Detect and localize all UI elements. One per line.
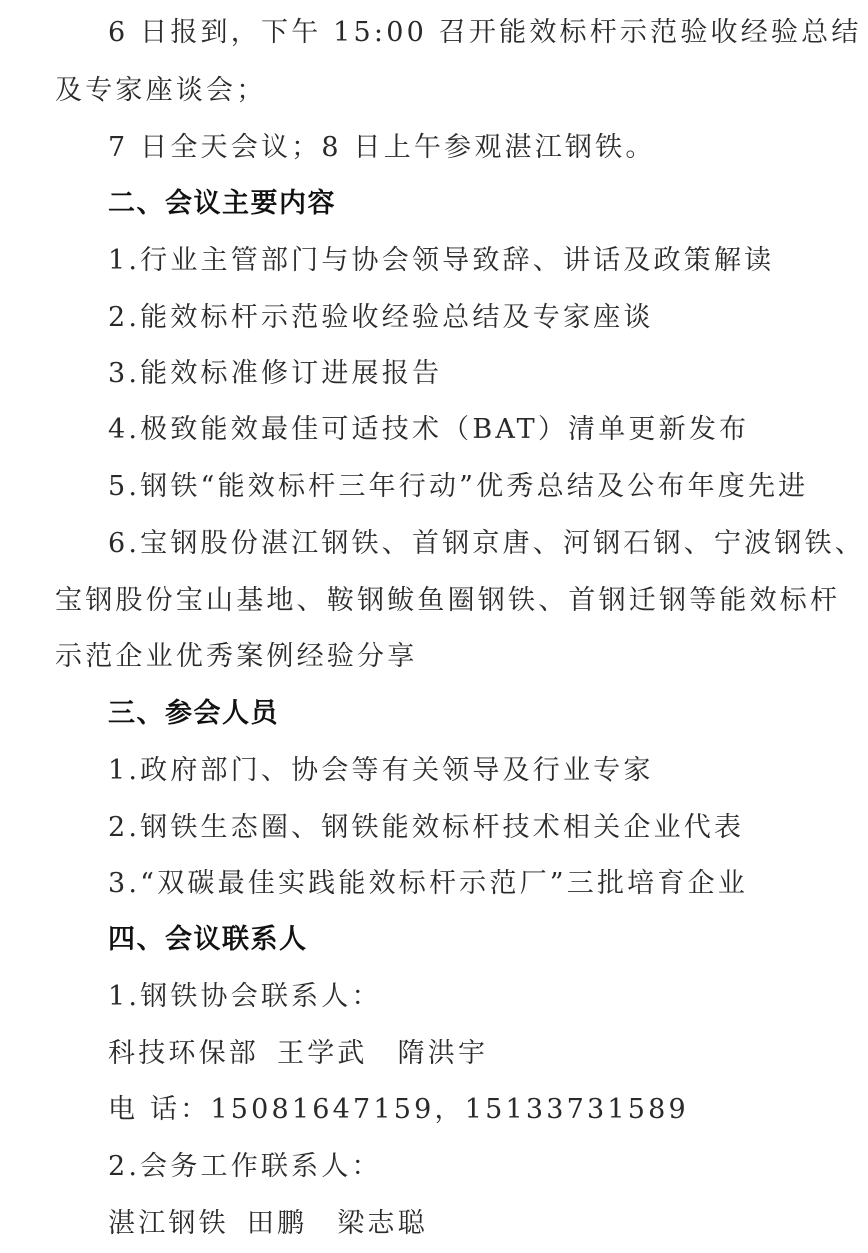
document-page: 6 日报到，下午 15:00 召开能效标杆示范验收经验总结 及专家座谈会； 7 … — [0, 0, 868, 1253]
phone-label: 电 话： — [108, 1094, 210, 1125]
contact-2-names: 湛江钢铁田鹏梁志聪 — [108, 1207, 868, 1241]
contact-1-person-2: 隋洪宇 — [398, 1038, 489, 1069]
attendees-item-1: 1.政府部门、协会等有关领导及行业专家 — [108, 754, 868, 788]
main-content-item-1: 1.行业主管部门与协会领导致辞、讲话及政策解读 — [108, 244, 868, 278]
schedule-line-day6-cont: 及专家座谈会； — [55, 74, 825, 108]
contact-2-person-1: 田鹏 — [247, 1208, 307, 1239]
main-content-item-2: 2.能效标杆示范验收经验总结及专家座谈 — [108, 301, 868, 335]
contact-2-person-2: 梁志聪 — [337, 1208, 428, 1239]
main-content-item-5: 5.钢铁“能效标杆三年行动”优秀总结及公布年度先进 — [108, 470, 868, 504]
main-content-item-6: 6.宝钢股份湛江钢铁、首钢京唐、河钢石钢、宁波钢铁、 — [108, 527, 868, 561]
contact-1-dept: 科技环保部 — [108, 1038, 259, 1069]
schedule-line-day6: 6 日报到，下午 15:00 召开能效标杆示范验收经验总结 — [108, 16, 868, 50]
contact-2-org: 湛江钢铁 — [108, 1208, 229, 1239]
section-heading-contacts: 四、会议联系人 — [108, 923, 868, 957]
main-content-item-6-cont-1: 宝钢股份宝山基地、鞍钢鲅鱼圈钢铁、首钢迁钢等能效标杆 — [55, 584, 825, 618]
attendees-item-2: 2.钢铁生态圈、钢铁能效标杆技术相关企业代表 — [108, 811, 868, 845]
main-content-item-6-cont-2: 示范企业优秀案例经验分享 — [55, 640, 825, 674]
contact-1-phone-line: 电 话：15081647159，15133731589 — [108, 1093, 868, 1127]
main-content-item-4: 4.极致能效最佳可适技术（BAT）清单更新发布 — [108, 413, 868, 447]
schedule-line-day7-8: 7 日全天会议；8 日上午参观湛江钢铁。 — [108, 131, 868, 165]
contact-1-label: 1.钢铁协会联系人： — [108, 980, 868, 1014]
contact-2-label: 2.会务工作联系人： — [108, 1150, 868, 1184]
main-content-item-3: 3.能效标准修订进展报告 — [108, 357, 868, 391]
contact-1-person-1: 王学武 — [277, 1038, 368, 1069]
phone-numbers: 15081647159，15133731589 — [210, 1094, 689, 1125]
section-heading-main-content: 二、会议主要内容 — [108, 187, 868, 221]
contact-1-names: 科技环保部王学武隋洪宇 — [108, 1037, 868, 1071]
section-heading-attendees: 三、参会人员 — [108, 697, 868, 731]
attendees-item-3: 3.“双碳最佳实践能效标杆示范厂”三批培育企业 — [108, 867, 868, 901]
